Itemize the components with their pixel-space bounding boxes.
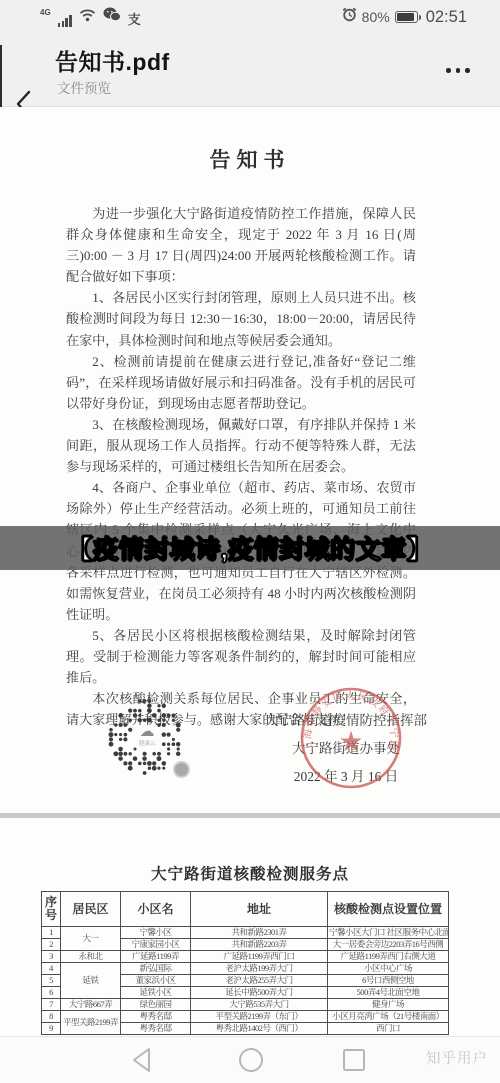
table-cell: 广延路1199弄 bbox=[121, 951, 191, 963]
table-cell: 8 bbox=[42, 1011, 61, 1023]
table-cell: 宁康家园小区 bbox=[121, 939, 191, 951]
alipay-icon: 支 bbox=[128, 12, 141, 27]
table-cell: 大宁路667弄 bbox=[61, 999, 121, 1011]
table-cell: 大宁路535弄大门 bbox=[191, 999, 328, 1011]
table-cell: 5 bbox=[42, 975, 61, 987]
more-options-button[interactable] bbox=[444, 62, 472, 79]
table-cell: 大一居委会旁边2203弄16号西侧 bbox=[328, 939, 449, 951]
table-cell: 粤秀名邸 bbox=[121, 1023, 191, 1035]
table-cell: 老沪太路255弄大门 bbox=[191, 975, 328, 987]
status-time: 02:51 bbox=[426, 8, 467, 27]
table-cell: 6号口西侧空地 bbox=[328, 975, 449, 987]
network-type-badge: 4G bbox=[40, 8, 51, 17]
table-cell: 平型关路2199弄（东门） bbox=[191, 1011, 328, 1023]
wechat-icon bbox=[103, 7, 121, 27]
nav-recents-icon[interactable] bbox=[340, 1046, 368, 1074]
table-title: 大宁路街道核酸检测服务点 bbox=[0, 862, 500, 884]
doc-paragraph: 1、各居民小区实行封闭管理，原则上人员只进不出。核酸检测时间段为每日 12:30… bbox=[66, 287, 416, 350]
table-header-row: 序号居民区小区名地址核酸检测点设置位置 bbox=[42, 892, 449, 927]
qr-badge-icon bbox=[173, 761, 190, 778]
pdf-page-2[interactable]: 大宁路街道核酸检测服务点 序号居民区小区名地址核酸检测点设置位置 1大一宁馨小区… bbox=[0, 818, 500, 1036]
table-cell: 平型关路2199弄 bbox=[61, 1011, 121, 1035]
table-cell: 500弄4号北面空地 bbox=[328, 987, 449, 999]
watermark-band: 【疫情封城诗,疫情封城的文章】 bbox=[0, 526, 500, 570]
doc-paragraph: 2、检测前请提前在健康云进行登记,准备好“登记二维码”，在采样现场请做好展示和扫… bbox=[66, 351, 416, 414]
table-cell: 西门口 bbox=[328, 1023, 449, 1035]
doc-paragraph: 为进一步强化大宁路街道疫情防控工作措施，保障人民群众身体健康和生命安全，现定于 … bbox=[66, 203, 416, 287]
status-left-icons: 4G 支 bbox=[40, 7, 141, 27]
nav-back-icon[interactable] bbox=[129, 1046, 157, 1074]
battery-icon bbox=[395, 11, 418, 23]
table-cell: 3 bbox=[42, 951, 61, 963]
battery-percent: 80% bbox=[362, 9, 390, 25]
table-header-cell: 小区名 bbox=[121, 892, 191, 927]
table-cell: 9 bbox=[42, 1023, 61, 1035]
table-cell: 共和新路2301弄 bbox=[191, 927, 328, 939]
table-cell: 小区月亮湾广场（21号楼南面） bbox=[328, 1011, 449, 1023]
table-row: 8平型关路2199弄粤秀名邸平型关路2199弄（东门）小区月亮湾广场（21号楼南… bbox=[42, 1011, 449, 1023]
watermark-text: 【疫情封城诗,疫情封城的文章】 bbox=[68, 530, 432, 566]
testing-points-table: 序号居民区小区名地址核酸检测点设置位置 1大一宁馨小区共和新路2301弄宁馨小区… bbox=[41, 891, 449, 1035]
table-cell: 新弘国际 bbox=[121, 963, 191, 975]
signal-strength-icon bbox=[58, 14, 72, 27]
file-subtitle: 文件预览 bbox=[57, 77, 111, 97]
table-cell: 广延路1199弄西门右侧大道 bbox=[328, 951, 449, 963]
svg-text:健康云: 健康云 bbox=[139, 739, 156, 747]
table-cell: 大一 bbox=[61, 927, 121, 951]
health-cloud-qr-code: ☁ 健康云 bbox=[108, 698, 186, 776]
android-nav-bar bbox=[0, 1036, 500, 1083]
table-cell: 宁馨小区 bbox=[121, 927, 191, 939]
document-body: 为进一步强化大宁路街道疫情防控工作措施，保障人民群众身体健康和生命安全，现定于 … bbox=[66, 203, 416, 730]
table-cell: 健身广场 bbox=[328, 999, 449, 1011]
status-right-icons: 80% 02:51 bbox=[342, 7, 467, 27]
table-cell: 延铁 bbox=[61, 963, 121, 999]
table-cell: 老沪太路199弄大门 bbox=[191, 963, 328, 975]
table-header-cell: 居民区 bbox=[61, 892, 121, 927]
table-cell: 小区中心广场 bbox=[328, 963, 449, 975]
document-title: 告知书 bbox=[0, 144, 500, 174]
table-header-cell: 核酸检测点设置位置 bbox=[328, 892, 449, 927]
phone-screen: 4G 支 bbox=[0, 0, 500, 1083]
table-cell: 广延路1199弄西门口 bbox=[191, 951, 328, 963]
doc-paragraph: 5、各居民小区将根据核酸检测结果，及时解除封闭管理。受制于检测能力等客观条件制约… bbox=[66, 625, 416, 688]
table-row: 3永和北广延路1199弄广延路1199弄西门口广延路1199弄西门右侧大道 bbox=[42, 951, 449, 963]
table-header-cell: 序号 bbox=[42, 892, 61, 927]
table-cell: 4 bbox=[42, 963, 61, 975]
table-cell: 6 bbox=[42, 987, 61, 999]
wifi-icon bbox=[79, 8, 96, 27]
table-cell: 1 bbox=[42, 927, 61, 939]
seal-star-icon: ★ bbox=[338, 726, 363, 757]
doc-paragraph: 3、在核酸检测现场，佩戴好口罩，有序排队并保持 1 米间距，服从现场工作人员指挥… bbox=[66, 414, 416, 477]
table-cell: 永和北 bbox=[61, 951, 121, 963]
zhihu-user-watermark: 知乎用户 bbox=[426, 1047, 488, 1068]
table-cell: 粤秀名邸 bbox=[121, 1011, 191, 1023]
app-header: 告知书.pdf 文件预览 bbox=[0, 34, 500, 107]
file-title: 告知书.pdf bbox=[55, 44, 170, 77]
table-cell: 7 bbox=[42, 999, 61, 1011]
table-cell: 延长中路500弄大门 bbox=[191, 987, 328, 999]
table-cell: 绿色丽园 bbox=[121, 999, 191, 1011]
alarm-icon bbox=[342, 7, 357, 27]
table-cell: 粤秀北路1402号（西门） bbox=[191, 1023, 328, 1035]
table-row: 4延铁新弘国际老沪太路199弄大门小区中心广场 bbox=[42, 963, 449, 975]
table-cell: 2 bbox=[42, 939, 61, 951]
table-cell: 宁馨小区大门口 社区服务中心北面 bbox=[328, 927, 449, 939]
official-seal-stamp: 上海市静安区人民政府大宁路街道办事处 ★ bbox=[298, 685, 404, 791]
table-cell: 延铁小区 bbox=[121, 987, 191, 999]
cloud-icon: ☁ bbox=[140, 723, 155, 740]
table-header-cell: 地址 bbox=[191, 892, 328, 927]
nav-home-icon[interactable] bbox=[237, 1046, 265, 1074]
pdf-page-1[interactable]: 告知书 为进一步强化大宁路街道疫情防控工作措施，保障人民群众身体健康和生命安全，… bbox=[0, 107, 500, 813]
table-cell: 董家浜小区 bbox=[121, 975, 191, 987]
table-row: 1大一宁馨小区共和新路2301弄宁馨小区大门口 社区服务中心北面 bbox=[42, 927, 449, 939]
table-cell: 共和新路2203弄 bbox=[191, 939, 328, 951]
screen-edge-artifact bbox=[0, 45, 2, 107]
table-row: 7大宁路667弄绿色丽园大宁路535弄大门健身广场 bbox=[42, 999, 449, 1011]
status-bar: 4G 支 bbox=[0, 0, 500, 34]
